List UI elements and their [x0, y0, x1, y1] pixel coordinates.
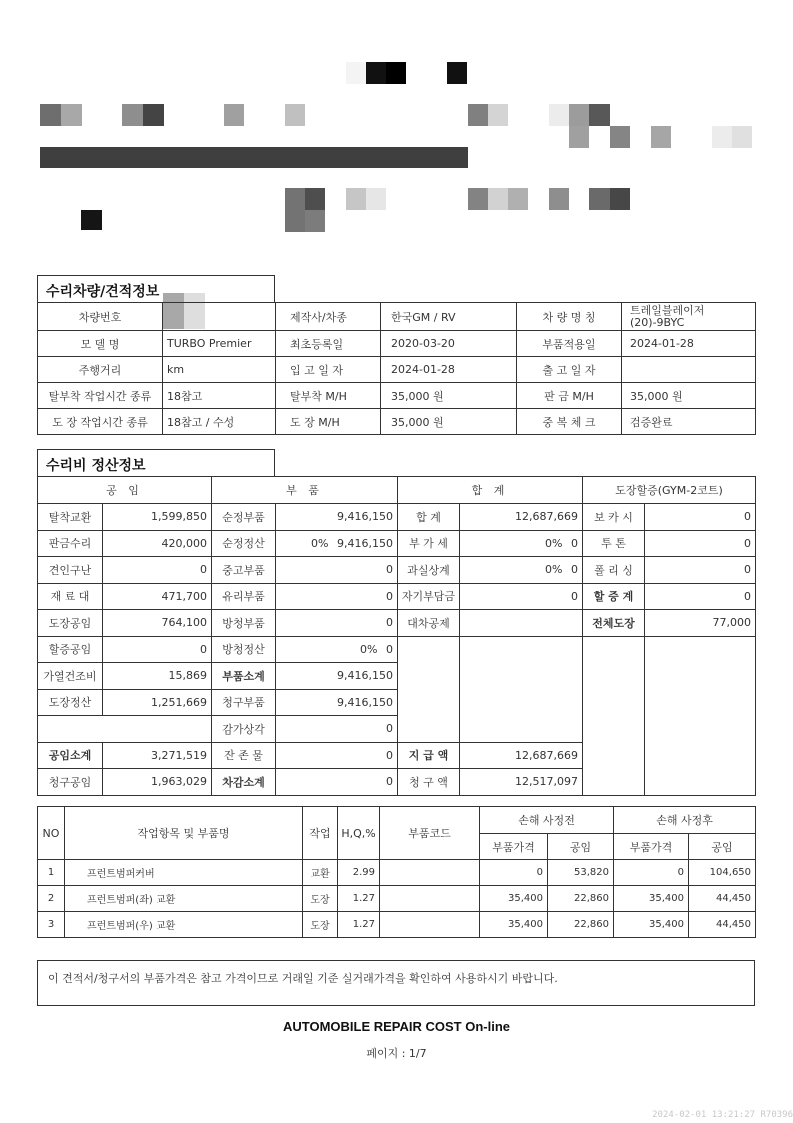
labor-label: 할증공임 [38, 636, 103, 663]
paint-label: 보 카 시 [583, 504, 645, 531]
labor-value: 1,599,850 [103, 504, 212, 531]
paint-value: 0 [645, 504, 756, 531]
field-label: 판 금 M/H [517, 383, 622, 409]
labor-value: 3,271,519 [103, 742, 212, 769]
parts-label: 감가상각 [212, 716, 276, 743]
items-header-row: NO작업항목 및 부품명작업H,Q,%부품코드손해 사정전손해 사정후 [38, 807, 756, 834]
parts-value: 0 [276, 583, 398, 610]
redaction-block [549, 104, 569, 126]
redaction-block [81, 210, 102, 230]
paint-surcharge-header: 도장할증(GYM-2코트) [583, 477, 756, 504]
parts-label: 방청정산 [212, 636, 276, 663]
redaction-block [285, 188, 305, 210]
col-part-code: 부품코드 [380, 807, 480, 860]
vehicle-info-row: 차량번호제작사/차종한국GM / RV차 량 명 칭트레일블레이저(20)-9B… [38, 303, 756, 331]
paint-value: 0 [645, 530, 756, 557]
parts-label: 유리부품 [212, 583, 276, 610]
field-label: 최초등록일 [276, 331, 381, 357]
amount: 0 [386, 643, 393, 656]
field-label: 출 고 일 자 [517, 357, 622, 383]
parts-value: 0 [276, 742, 398, 769]
empty-cell [645, 636, 756, 795]
redaction-block [712, 126, 732, 148]
vehicle-info-row: 도 장 작업시간 종류18참고 / 수성도 장 M/H35,000 원중 복 체… [38, 409, 756, 435]
total-value [460, 610, 583, 637]
total-value: 0%0 [460, 557, 583, 584]
field-value: km [163, 357, 276, 383]
field-label: 주행거리 [38, 357, 163, 383]
item-hq: 1.27 [338, 912, 380, 938]
col-after-part-price: 부품가격 [614, 834, 689, 860]
col-no: NO [38, 807, 65, 860]
col-before-labor: 공임 [548, 834, 614, 860]
paint-value: 0 [645, 557, 756, 584]
cost-row: 탈착교환1,599,850순정부품9,416,150합 계12,687,669보… [38, 504, 756, 531]
field-label: 제작사/차종 [276, 303, 381, 331]
payment-label: 지 급 액 [398, 742, 460, 769]
labor-label: 견인구난 [38, 557, 103, 584]
field-label: 부품적용일 [517, 331, 622, 357]
redaction-block [589, 104, 610, 126]
col-item-name: 작업항목 및 부품명 [65, 807, 303, 860]
item-after-labor: 44,450 [689, 886, 756, 912]
redaction-block [488, 188, 508, 210]
labor-value: 1,251,669 [103, 689, 212, 716]
vehicle-info-row: 모 델 명TURBO Premier최초등록일2020-03-20부품적용일20… [38, 331, 756, 357]
item-part-code [380, 886, 480, 912]
field-value: 2024-01-28 [622, 331, 756, 357]
field-label: 입 고 일 자 [276, 357, 381, 383]
col-work: 작업 [303, 807, 338, 860]
item-before-labor: 53,820 [548, 860, 614, 886]
field-value: 35,000 원 [381, 383, 517, 409]
redaction-block [40, 104, 61, 126]
labor-label: 판금수리 [38, 530, 103, 557]
total-label: 대차공제 [398, 610, 460, 637]
redaction-block [488, 104, 508, 126]
vehicle-info-row: 탈부착 작업시간 종류18참고탈부착 M/H35,000 원판 금 M/H35,… [38, 383, 756, 409]
item-work: 도장 [303, 886, 338, 912]
field-value: 2020-03-20 [381, 331, 517, 357]
parts-value: 0 [276, 610, 398, 637]
cost-section-title: 수리비 정산정보 [37, 449, 275, 476]
labor-value: 0 [103, 636, 212, 663]
parts-value: 0%9,416,150 [276, 530, 398, 557]
redaction-block [508, 188, 528, 210]
parts-label: 중고부품 [212, 557, 276, 584]
col-before-part-price: 부품가격 [480, 834, 548, 860]
empty-cell [38, 716, 212, 743]
item-name: 프런트범퍼(우) 교환 [65, 912, 303, 938]
labor-value: 0 [103, 557, 212, 584]
field-label: 탈부착 작업시간 종류 [38, 383, 163, 409]
field-label: 차량번호 [38, 303, 163, 331]
parts-label: 순정부품 [212, 504, 276, 531]
item-work: 도장 [303, 912, 338, 938]
parts-value: 0 [276, 769, 398, 796]
item-before-part-price: 0 [480, 860, 548, 886]
vehicle-info-table: 차량번호제작사/차종한국GM / RV차 량 명 칭트레일블레이저(20)-9B… [37, 302, 756, 435]
cost-row: 도장공임764,100방청부품0대차공제전체도장77,000 [38, 610, 756, 637]
parts-label: 방청부품 [212, 610, 276, 637]
percent: 0% [531, 563, 571, 576]
item-before-labor: 22,860 [548, 886, 614, 912]
amount: 0 [571, 537, 578, 550]
total-label: 부 가 세 [398, 530, 460, 557]
labor-value: 1,963,029 [103, 769, 212, 796]
percent: 0% [297, 537, 337, 550]
item-after-labor: 44,450 [689, 912, 756, 938]
redaction-block [610, 188, 630, 210]
field-value: 트레일블레이저(20)-9BYC [622, 303, 756, 331]
labor-label: 공임소계 [38, 742, 103, 769]
cost-row: 견인구난0중고부품0과실상계0%0폴 리 싱0 [38, 557, 756, 584]
redaction-block [366, 62, 386, 84]
footer-title: AUTOMOBILE REPAIR COST On-line [0, 1019, 793, 1034]
parts-value: 9,416,150 [276, 504, 398, 531]
total-value: 0 [460, 583, 583, 610]
field-label: 도 장 M/H [276, 409, 381, 435]
redaction-block [305, 188, 325, 210]
item-no: 1 [38, 860, 65, 886]
item-before-part-price: 35,400 [480, 886, 548, 912]
parts-label: 청구부품 [212, 689, 276, 716]
item-before-part-price: 35,400 [480, 912, 548, 938]
item-hq: 1.27 [338, 886, 380, 912]
labor-value: 471,700 [103, 583, 212, 610]
field-value: 검증완료 [622, 409, 756, 435]
redaction-block [589, 188, 610, 210]
item-after-part-price: 35,400 [614, 912, 689, 938]
redaction-block [61, 104, 82, 126]
redaction-block [346, 62, 366, 84]
item-work: 교환 [303, 860, 338, 886]
percent: 0% [531, 537, 571, 550]
amount: 0 [571, 563, 578, 576]
paint-label: 투 톤 [583, 530, 645, 557]
redaction-block [305, 210, 325, 232]
labor-label: 재 료 대 [38, 583, 103, 610]
amount: 9,416,150 [337, 537, 393, 550]
item-no: 2 [38, 886, 65, 912]
item-name: 프런트범퍼커버 [65, 860, 303, 886]
cost-row: 할증공임0방청정산0%0 [38, 636, 756, 663]
work-item-row: 1프런트범퍼커버교환2.99053,8200104,650 [38, 860, 756, 886]
parts-value: 9,416,150 [276, 689, 398, 716]
redaction-block [386, 62, 406, 84]
parts-value: 0%0 [276, 636, 398, 663]
parts-label: 부품소계 [212, 663, 276, 690]
field-value [163, 303, 276, 331]
parts-value: 0 [276, 557, 398, 584]
empty-cell [460, 636, 583, 742]
total-label: 자기부담금 [398, 583, 460, 610]
parts-label: 잔 존 물 [212, 742, 276, 769]
percent: 0% [346, 643, 386, 656]
work-item-row: 3프런트범퍼(우) 교환도장1.2735,40022,86035,40044,4… [38, 912, 756, 938]
parts-value: 0 [276, 716, 398, 743]
parts-header: 부 품 [212, 477, 398, 504]
cost-row: 재 료 대471,700유리부품0자기부담금0할 증 계0 [38, 583, 756, 610]
empty-cell [583, 636, 645, 795]
redaction-block [569, 104, 589, 126]
col-before-adjust: 손해 사정전 [480, 807, 614, 834]
total-label: 과실상계 [398, 557, 460, 584]
item-name: 프런트범퍼(좌) 교환 [65, 886, 303, 912]
paint-value: 0 [645, 583, 756, 610]
cost-header-row: 공 임부 품합 계도장할증(GYM-2코트) [38, 477, 756, 504]
field-value: TURBO Premier [163, 331, 276, 357]
payment-value: 12,687,669 [460, 742, 583, 769]
redaction-block [366, 188, 386, 210]
print-timestamp: 2024-02-01 13:21:27 R70396 [652, 1110, 793, 1120]
redaction-block [732, 126, 752, 148]
item-part-code [380, 912, 480, 938]
field-label: 차 량 명 칭 [517, 303, 622, 331]
work-items-table: NO작업항목 및 부품명작업H,Q,%부품코드손해 사정전손해 사정후부품가격공… [37, 806, 756, 938]
field-value: 18참고 [163, 383, 276, 409]
parts-label: 차감소계 [212, 769, 276, 796]
redaction-block [447, 62, 467, 84]
redaction-block [468, 188, 488, 210]
redaction-block [468, 104, 488, 126]
field-label: 중 복 체 크 [517, 409, 622, 435]
labor-label: 가열건조비 [38, 663, 103, 690]
item-after-labor: 104,650 [689, 860, 756, 886]
cost-row: 판금수리420,000순정정산0%9,416,150부 가 세0%0투 톤0 [38, 530, 756, 557]
field-label: 모 델 명 [38, 331, 163, 357]
item-hq: 2.99 [338, 860, 380, 886]
col-after-labor: 공임 [689, 834, 756, 860]
redaction-block [651, 126, 671, 148]
labor-value: 15,869 [103, 663, 212, 690]
item-after-part-price: 0 [614, 860, 689, 886]
item-part-code [380, 860, 480, 886]
redaction-block [285, 104, 305, 126]
field-label: 탈부착 M/H [276, 383, 381, 409]
total-value: 12,687,669 [460, 504, 583, 531]
redaction-block [40, 147, 468, 168]
item-after-part-price: 35,400 [614, 886, 689, 912]
field-value: 2024-01-28 [381, 357, 517, 383]
redaction-block [549, 188, 569, 210]
field-value: 18참고 / 수성 [163, 409, 276, 435]
redaction-block [285, 210, 305, 232]
paint-label: 전체도장 [583, 610, 645, 637]
parts-value: 9,416,150 [276, 663, 398, 690]
field-value: 한국GM / RV [381, 303, 517, 331]
labor-label: 도장정산 [38, 689, 103, 716]
field-value [622, 357, 756, 383]
redaction-block [569, 126, 589, 148]
redaction-block [224, 104, 244, 126]
price-notice: 이 견적서/청구서의 부품가격은 참고 가격이므로 거래일 기준 실거래가격을 … [37, 960, 755, 1006]
total-label: 합 계 [398, 504, 460, 531]
item-before-labor: 22,860 [548, 912, 614, 938]
field-value: 35,000 원 [622, 383, 756, 409]
item-no: 3 [38, 912, 65, 938]
vehicle-info-row: 주행거리km입 고 일 자2024-01-28출 고 일 자 [38, 357, 756, 383]
page-indicator: 페이지 : 1/7 [0, 1045, 793, 1061]
field-value: 35,000 원 [381, 409, 517, 435]
vehicle-section-title: 수리차량/견적정보 [37, 275, 275, 302]
parts-label: 순정정산 [212, 530, 276, 557]
paint-label: 폴 리 싱 [583, 557, 645, 584]
work-item-row: 2프런트범퍼(좌) 교환도장1.2735,40022,86035,40044,4… [38, 886, 756, 912]
total-value: 0%0 [460, 530, 583, 557]
cost-table: 공 임부 품합 계도장할증(GYM-2코트)탈착교환1,599,850순정부품9… [37, 476, 756, 796]
labor-label: 도장공임 [38, 610, 103, 637]
paint-label: 할 증 계 [583, 583, 645, 610]
labor-label: 탈착교환 [38, 504, 103, 531]
labor-value: 764,100 [103, 610, 212, 637]
empty-cell [398, 636, 460, 742]
claim-label: 청 구 액 [398, 769, 460, 796]
redaction-block [610, 126, 630, 148]
col-after-adjust: 손해 사정후 [614, 807, 756, 834]
labor-header: 공 임 [38, 477, 212, 504]
redaction-block [346, 188, 366, 210]
labor-value: 420,000 [103, 530, 212, 557]
total-header: 합 계 [398, 477, 583, 504]
field-label: 도 장 작업시간 종류 [38, 409, 163, 435]
claim-value: 12,517,097 [460, 769, 583, 796]
redaction-block [143, 104, 164, 126]
labor-label: 청구공임 [38, 769, 103, 796]
paint-value: 77,000 [645, 610, 756, 637]
redaction-block [122, 104, 143, 126]
col-hq: H,Q,% [338, 807, 380, 860]
